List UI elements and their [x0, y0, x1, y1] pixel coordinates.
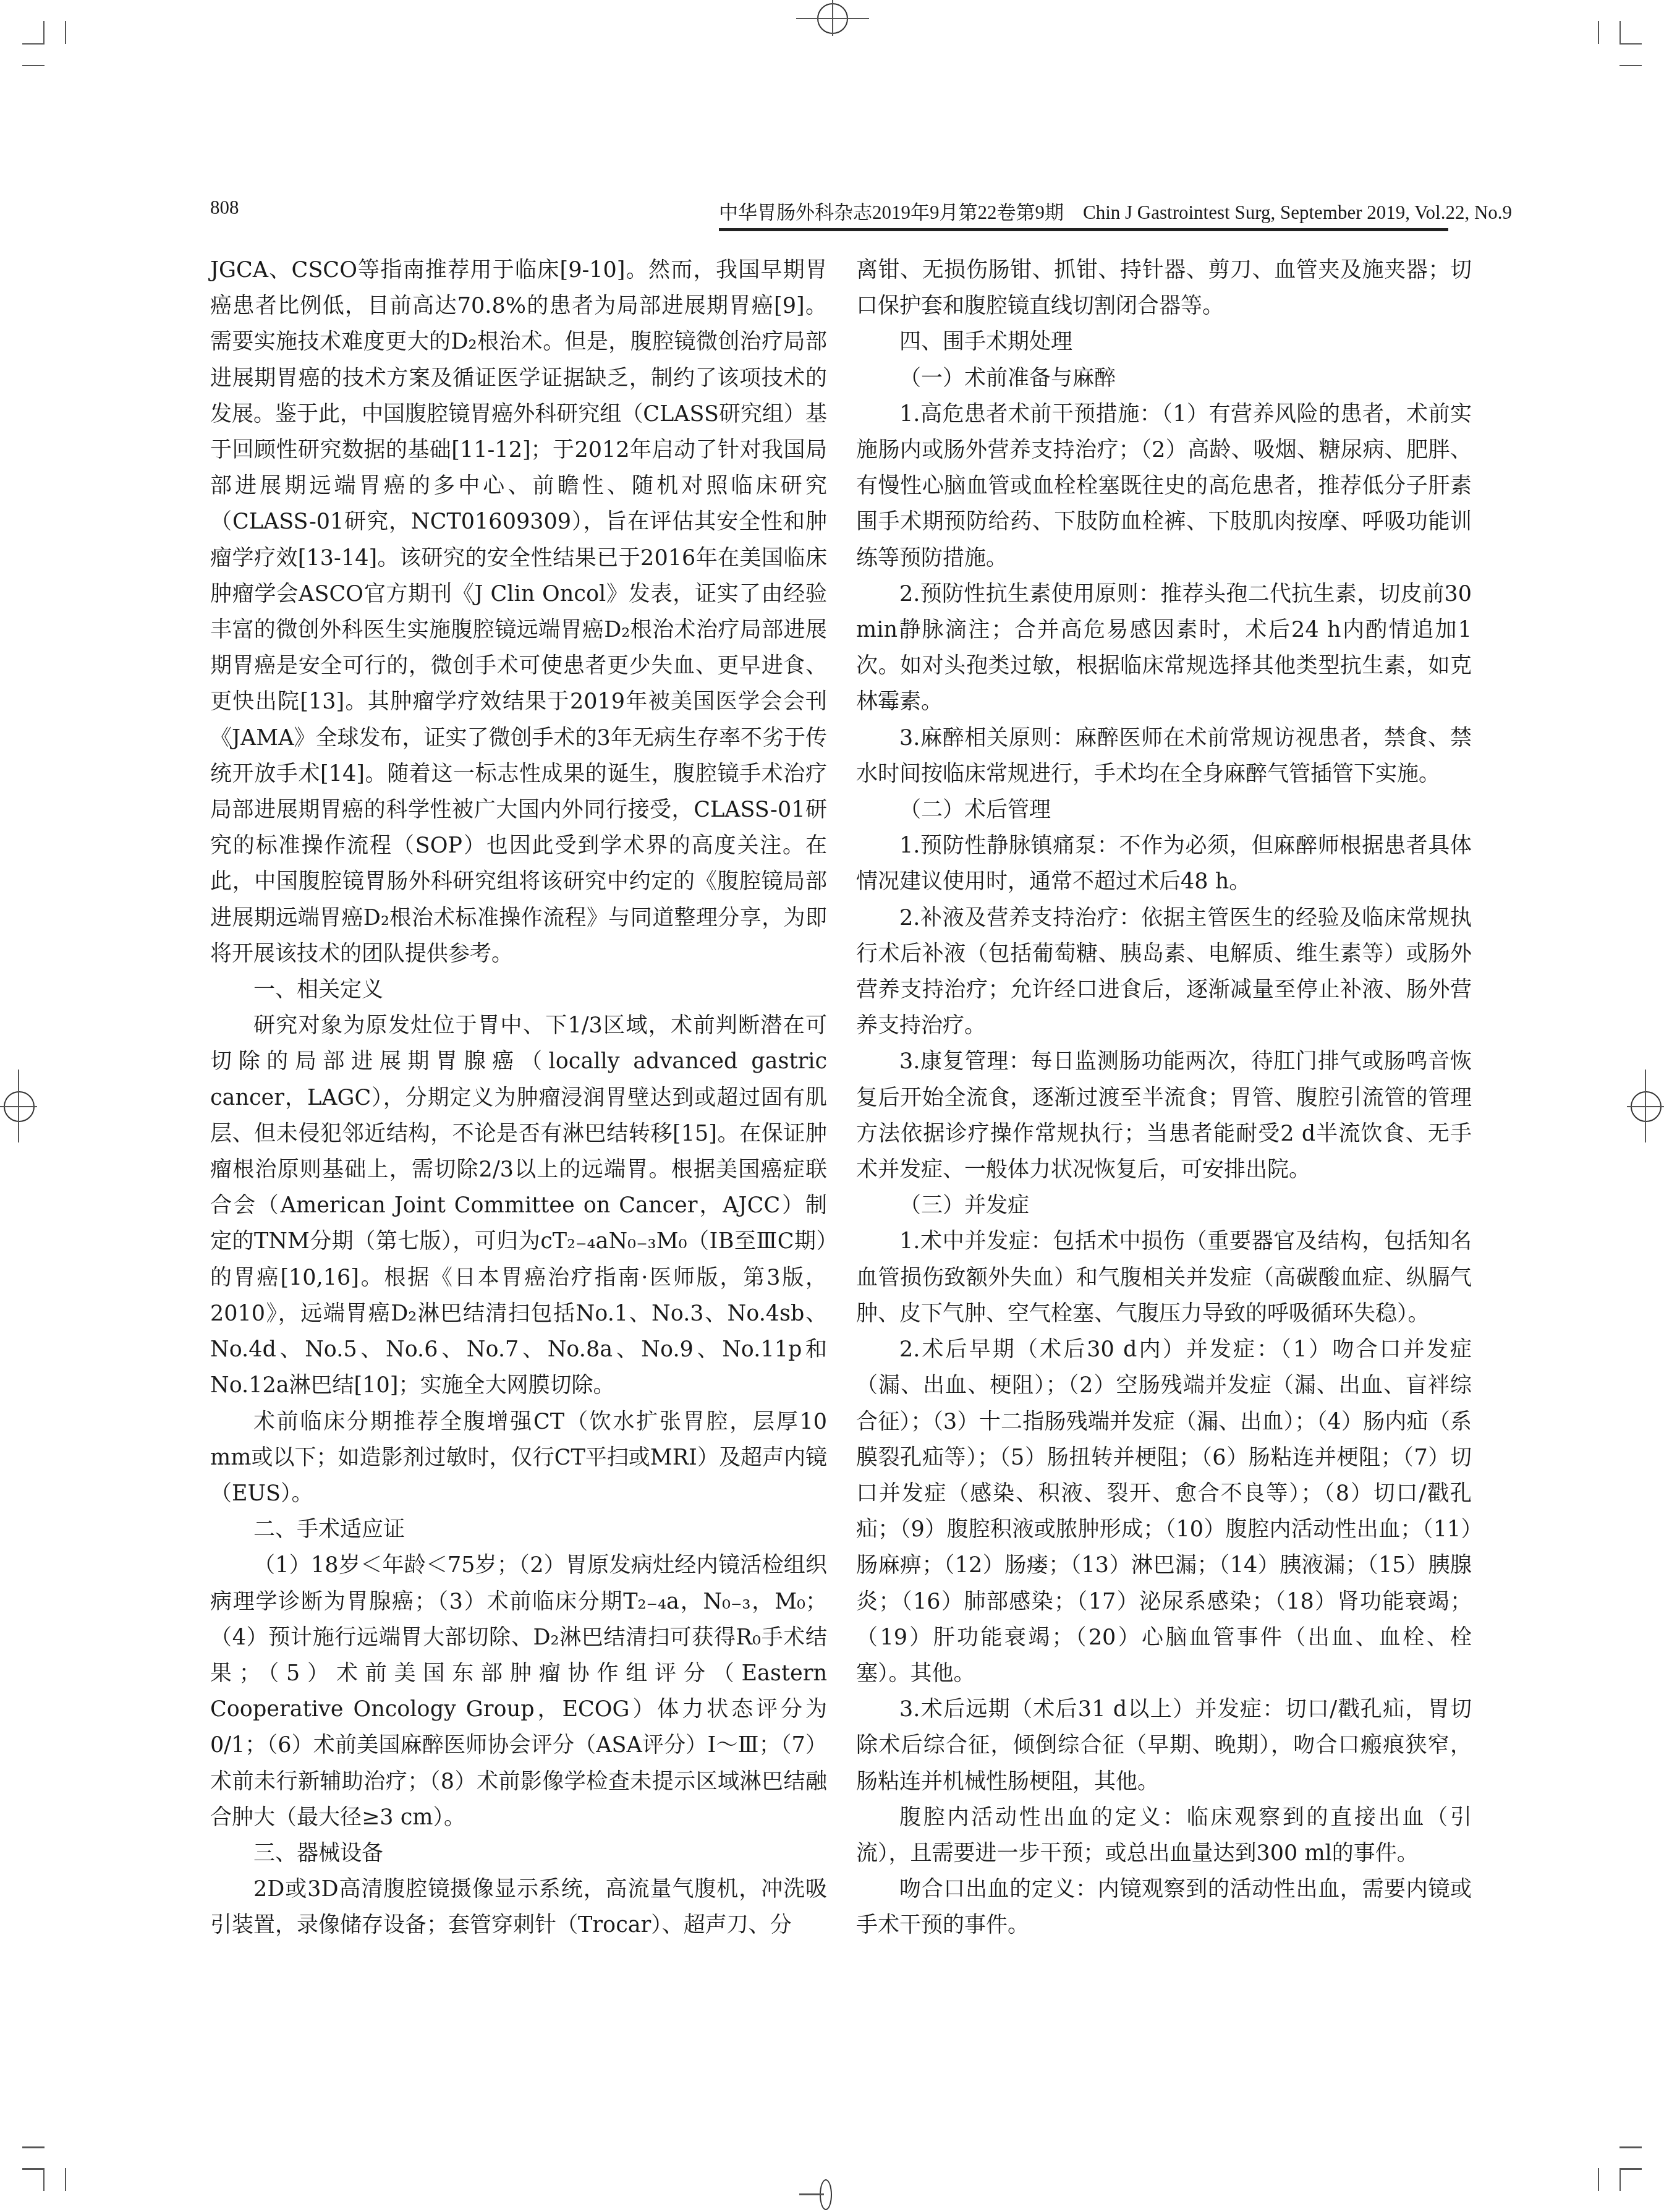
- early-complications-paragraph: 2.术后早期（术后30 d内）并发症：（1）吻合口并发症（漏、出血、梗阻）；（2…: [856, 1332, 1472, 1691]
- crop-mark: [43, 2168, 45, 2191]
- section-heading-indications: 二、手术适应证: [210, 1512, 827, 1547]
- intra-abdominal-bleeding-definition: 腹腔内活动性出血的定义：临床观察到的直接出血（引流），且需要进一步干预；或总出血…: [856, 1800, 1472, 1871]
- preop-staging-paragraph: 术前临床分期推荐全腹增强CT（饮水扩张胃腔，层厚10 mm或以下；如造影剂过敏时…: [210, 1404, 827, 1512]
- high-risk-paragraph: 1.高危患者术前干预措施：（1）有营养风险的患者，术前实施肠内或肠外营养支持治疗…: [856, 396, 1472, 576]
- crop-mark: [1619, 43, 1642, 45]
- right-column: 离钳、无损伤肠钳、抓钳、持针器、剪刀、血管夹及施夹器；切口保护套和腹腔镜直线切割…: [856, 252, 1472, 1944]
- page-number: 808: [210, 197, 239, 219]
- crop-mark: [22, 65, 45, 66]
- equipment-paragraph-continued: 离钳、无损伤肠钳、抓钳、持针器、剪刀、血管夹及施夹器；切口保护套和腹腔镜直线切割…: [856, 252, 1472, 324]
- indications-paragraph: （1）18岁＜年龄＜75岁；（2）胃原发病灶经内镜活检组织病理学诊断为胃腺癌；（…: [210, 1547, 827, 1836]
- subsection-heading-preop: （一）术前准备与麻醉: [856, 360, 1472, 396]
- crop-mark: [22, 2146, 45, 2148]
- registration-mark-bottom-h: [799, 2193, 824, 2195]
- anastomotic-bleeding-definition: 吻合口出血的定义：内镜观察到的活动性出血，需要内镜或手术干预的事件。: [856, 1871, 1472, 1943]
- intraop-complications-paragraph: 1.术中并发症：包括术中损伤（重要器官及结构，包括知名血管损伤致额外失血）和气腹…: [856, 1223, 1472, 1332]
- running-header: 808 中华胃肠外科杂志2019年9月第22卷第9期 Chin J Gastro…: [210, 193, 1448, 220]
- crop-mark: [1619, 2146, 1642, 2148]
- section-heading-equipment: 三、器械设备: [210, 1836, 827, 1871]
- crop-mark: [22, 43, 45, 45]
- registration-mark-top-v: [832, 0, 833, 36]
- anesthesia-paragraph: 3.麻醉相关原则：麻醉医师在术前常规访视患者，禁食、禁水时间按临床常规进行，手术…: [856, 720, 1472, 792]
- subsection-heading-postop: （二）术后管理: [856, 792, 1472, 828]
- definitions-paragraph: 研究对象为原发灶位于胃中、下1/3区域，术前判断潜在可切除的局部进展期胃腺癌（l…: [210, 1008, 827, 1403]
- journal-citation-line: 中华胃肠外科杂志2019年9月第22卷第9期 Chin J Gastrointe…: [719, 197, 1448, 231]
- crop-mark: [1598, 2168, 1599, 2191]
- crop-mark: [65, 21, 66, 44]
- crop-mark: [43, 21, 45, 44]
- section-heading-perioperative: 四、围手术期处理: [856, 324, 1472, 360]
- equipment-paragraph: 2D或3D高清腹腔镜摄像显示系统，高流量气腹机，冲洗吸引装置，录像储存设备；套管…: [210, 1871, 827, 1943]
- registration-mark-right-v: [1645, 1070, 1646, 1142]
- crop-mark: [1598, 21, 1599, 44]
- late-complications-paragraph: 3.术后远期（术后31 d以上）并发症：切口/戳孔疝，胃切除术后综合征，倾倒综合…: [856, 1691, 1472, 1800]
- crop-mark: [22, 2168, 45, 2170]
- subsection-heading-complications: （三）并发症: [856, 1188, 1472, 1223]
- registration-mark-left-v: [18, 1070, 19, 1142]
- crop-mark: [65, 2168, 66, 2191]
- crop-mark: [1619, 65, 1642, 66]
- crop-mark: [1619, 21, 1621, 44]
- fluid-nutrition-paragraph: 2.补液及营养支持治疗：依据主管医生的经验及临床常规执行术后补液（包括葡萄糖、胰…: [856, 900, 1472, 1044]
- section-heading-definitions: 一、相关定义: [210, 972, 827, 1008]
- crop-mark: [1619, 2168, 1621, 2191]
- analgesia-paragraph: 1.预防性静脉镇痛泵：不作为必须，但麻醉师根据患者具体情况建议使用时，通常不超过…: [856, 828, 1472, 900]
- intro-paragraph: JGCA、CSCO等指南推荐用于临床[9-10]。然而，我国早期胃癌患者比例低，…: [210, 252, 827, 972]
- rehab-paragraph: 3.康复管理：每日监测肠功能两次，待肛门排气或肠鸣音恢复后开始全流食，逐渐过渡至…: [856, 1044, 1472, 1188]
- crop-mark: [1619, 2168, 1642, 2170]
- antibiotics-paragraph: 2.预防性抗生素使用原则：推荐头孢二代抗生素，切皮前30 min静脉滴注；合并高…: [856, 576, 1472, 720]
- left-column: JGCA、CSCO等指南推荐用于临床[9-10]。然而，我国早期胃癌患者比例低，…: [210, 252, 827, 1944]
